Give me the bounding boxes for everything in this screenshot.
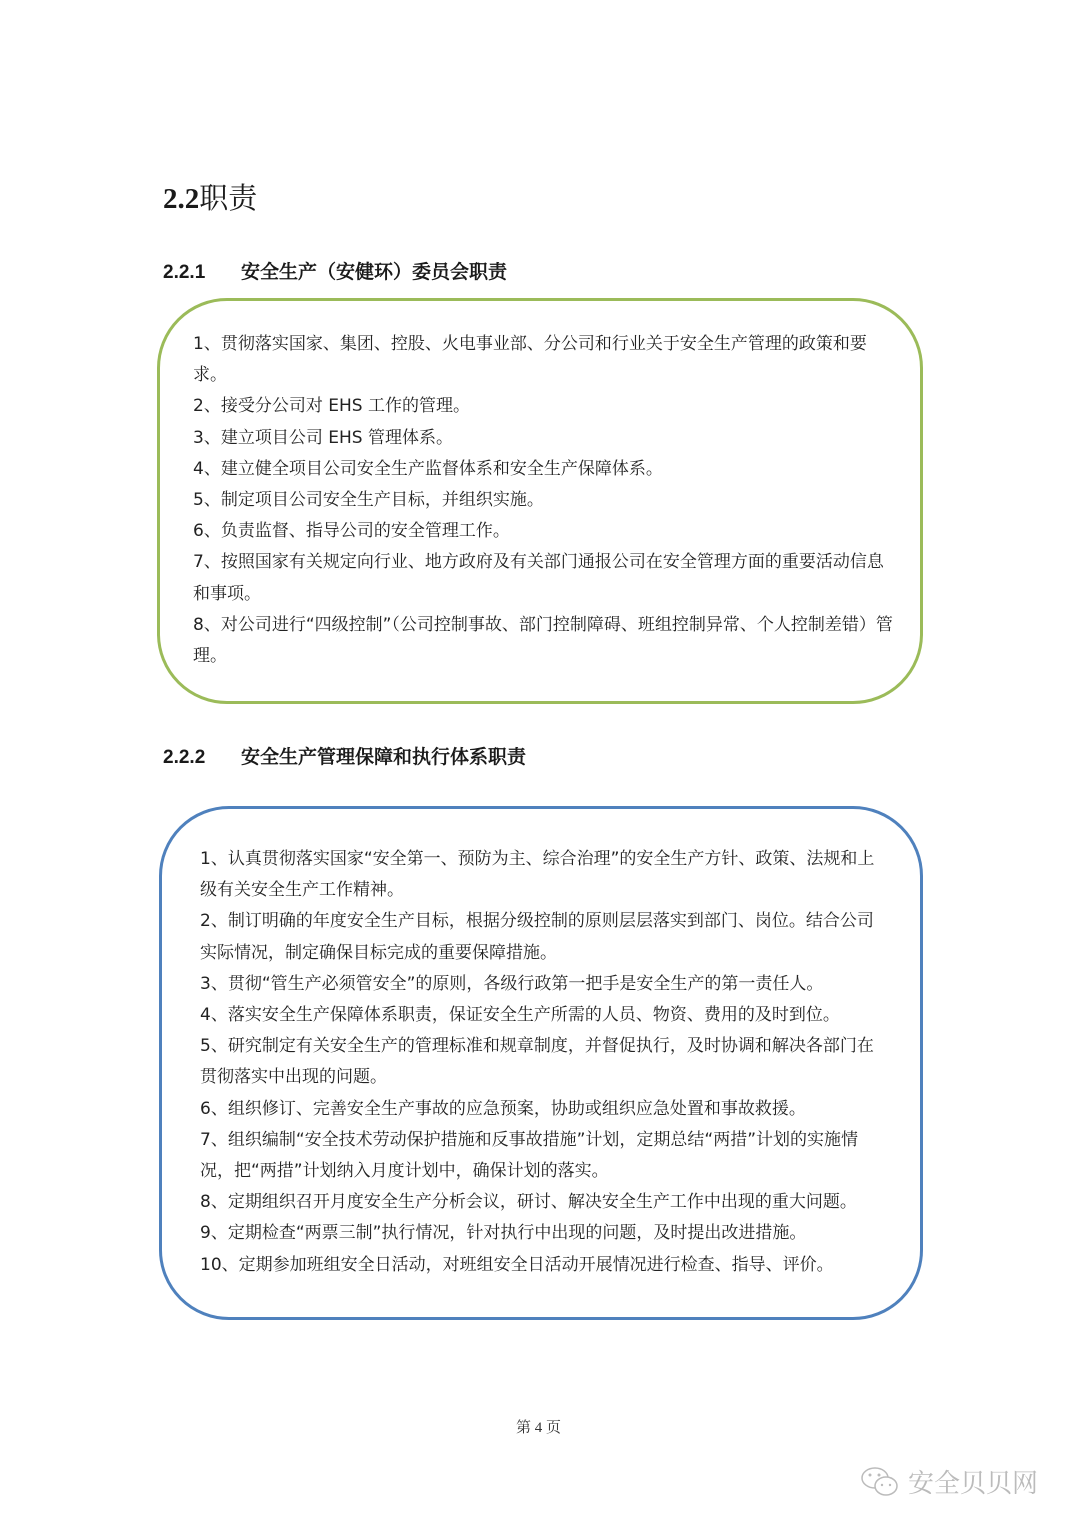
- subsection-title: 安全生产（安健环）委员会职责: [241, 261, 507, 283]
- subsection-title: 安全生产管理保障和执行体系职责: [241, 746, 526, 768]
- list-item: 2、接受分公司对 EHS 工作的管理。: [193, 391, 893, 422]
- subsection-number: 2.2.2: [163, 747, 241, 769]
- duties-list: 1、贯彻落实国家、集团、控股、火电事业部、分公司和行业关于安全生产管理的政策和要…: [193, 329, 893, 672]
- wechat-icon: [860, 1465, 900, 1499]
- list-item: 1、贯彻落实国家、集团、控股、火电事业部、分公司和行业关于安全生产管理的政策和要…: [193, 329, 893, 391]
- subsection-number: 2.2.1: [163, 262, 241, 284]
- committee-duties-box: 1、贯彻落实国家、集团、控股、火电事业部、分公司和行业关于安全生产管理的政策和要…: [157, 298, 923, 704]
- list-item: 8、对公司进行“四级控制”（公司控制事故、部门控制障碍、班组控制异常、个人控制差…: [193, 610, 893, 672]
- duties-list: 1、认真贯彻落实国家“安全第一、预防为主、综合治理”的安全生产方针、政策、法规和…: [200, 844, 890, 1281]
- section-heading: 2.2职责: [163, 176, 257, 217]
- list-item: 6、负责监督、指导公司的安全管理工作。: [193, 516, 893, 547]
- list-item: 4、落实安全生产保障体系职责，保证安全生产所需的人员、物资、费用的及时到位。: [200, 1000, 890, 1031]
- execution-system-duties-box: 1、认真贯彻落实国家“安全第一、预防为主、综合治理”的安全生产方针、政策、法规和…: [159, 806, 923, 1320]
- list-item: 7、按照国家有关规定向行业、地方政府及有关部门通报公司在安全管理方面的重要活动信…: [193, 547, 893, 609]
- list-item: 5、研究制定有关安全生产的管理标准和规章制度，并督促执行，及时协调和解决各部门在…: [200, 1031, 890, 1093]
- list-item: 5、制定项目公司安全生产目标，并组织实施。: [193, 485, 893, 516]
- list-item: 1、认真贯彻落实国家“安全第一、预防为主、综合治理”的安全生产方针、政策、法规和…: [200, 844, 890, 906]
- list-item: 4、建立健全项目公司安全生产监督体系和安全生产保障体系。: [193, 454, 893, 485]
- list-item: 6、组织修订、完善安全生产事故的应急预案，协助或组织应急处置和事故救援。: [200, 1094, 890, 1125]
- list-item: 7、组织编制“安全技术劳动保护措施和反事故措施”计划，定期总结“两措”计划的实施…: [200, 1125, 890, 1187]
- list-item: 9、定期检查“两票三制”执行情况，针对执行中出现的问题，及时提出改进措施。: [200, 1218, 890, 1249]
- list-item: 3、贯彻“管生产必须管安全”的原则，各级行政第一把手是安全生产的第一责任人。: [200, 969, 890, 1000]
- watermark-text: 安全贝贝网: [908, 1463, 1038, 1500]
- watermark: 安全贝贝网: [860, 1463, 1038, 1500]
- list-item: 8、定期组织召开月度安全生产分析会议，研讨、解决安全生产工作中出现的重大问题。: [200, 1187, 890, 1218]
- list-item: 10、定期参加班组安全日活动，对班组安全日活动开展情况进行检查、指导、评价。: [200, 1250, 890, 1281]
- subsection-heading-2-2-2: 2.2.2安全生产管理保障和执行体系职责: [163, 742, 526, 769]
- section-number: 2.2: [163, 183, 199, 215]
- section-title: 职责: [199, 183, 257, 215]
- subsection-heading-2-2-1: 2.2.1安全生产（安健环）委员会职责: [163, 257, 507, 284]
- list-item: 2、制订明确的年度安全生产目标，根据分级控制的原则层层落实到部门、岗位。结合公司…: [200, 906, 890, 968]
- page-number: 第 4 页: [516, 1416, 561, 1437]
- list-item: 3、建立项目公司 EHS 管理体系。: [193, 423, 893, 454]
